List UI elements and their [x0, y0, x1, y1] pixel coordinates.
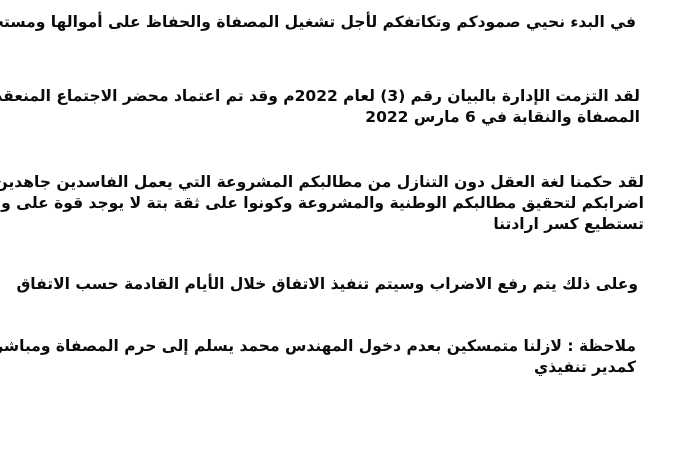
statement-document: في البدء نحيي صمودكم وتكاتفكم لأجل تشغيل… — [0, 0, 696, 470]
paragraph-management-commitment: لقد التزمت الإدارة بالبيان رقم (3) لعام … — [0, 86, 640, 128]
text-line: لقد التزمت الإدارة بالبيان رقم (3) لعام … — [0, 86, 640, 107]
text-line: اضرابكم لتحقيق مطالبكم الوطنية والمشروعة… — [0, 193, 644, 214]
text-line: كمدير تنفيذي — [0, 357, 636, 378]
text-line: في البدء نحيي صمودكم وتكاتفكم لأجل تشغيل… — [0, 12, 636, 33]
paragraph-note: ملاحظة : لازلنا متمسكين بعدم دخول المهند… — [0, 336, 636, 378]
text-line: المصفاة والنقابة في 6 مارس 2022 — [0, 107, 640, 128]
text-line: تستطيع كسر ارادتنا — [0, 214, 644, 235]
paragraph-strike-lifted: وعلى ذلك يتم رفع الاضراب وسيتم تنفيذ الا… — [16, 274, 638, 295]
text-line: لقد حكمنا لغة العقل دون التنازل من مطالب… — [0, 172, 644, 193]
text-line: ملاحظة : لازلنا متمسكين بعدم دخول المهند… — [0, 336, 636, 357]
paragraph-greeting: في البدء نحيي صمودكم وتكاتفكم لأجل تشغيل… — [0, 12, 636, 33]
text-line: وعلى ذلك يتم رفع الاضراب وسيتم تنفيذ الا… — [16, 274, 638, 295]
paragraph-demands: لقد حكمنا لغة العقل دون التنازل من مطالب… — [0, 172, 644, 235]
